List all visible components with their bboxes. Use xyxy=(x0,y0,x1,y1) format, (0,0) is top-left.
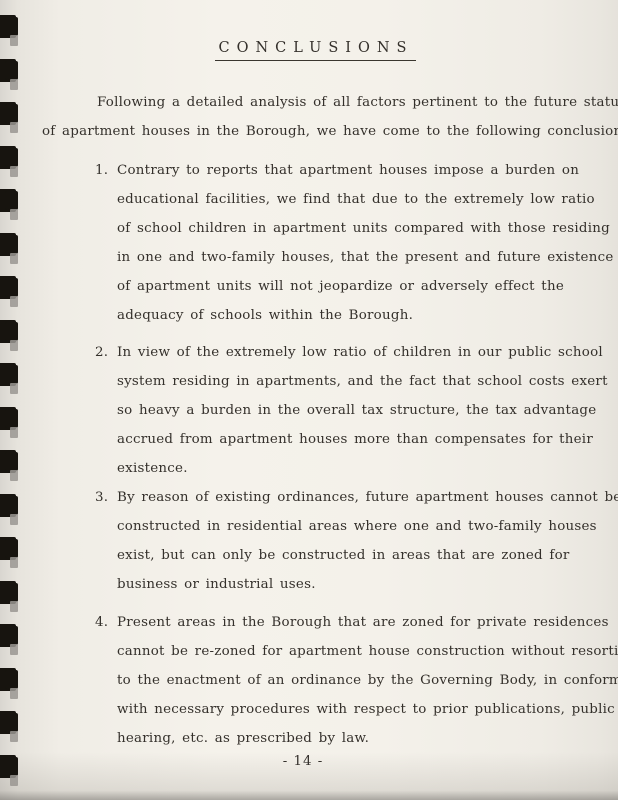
item-line: By reason of existing ordinances, future… xyxy=(117,483,578,512)
page-content: CONCLUSIONS Following a detailed analysi… xyxy=(0,0,618,800)
intro-line: Following a detailed analysis of all fac… xyxy=(42,88,578,117)
item-number: 2. xyxy=(95,338,108,367)
item-line: with necessary procedures with respect t… xyxy=(117,695,578,724)
item-line: constructed in residential areas where o… xyxy=(117,512,578,541)
item-line: accrued from apartment houses more than … xyxy=(117,425,578,454)
item-line: cannot be re-zoned for apartment house c… xyxy=(117,637,578,666)
item-line: so heavy a burden in the overall tax str… xyxy=(117,396,578,425)
conclusions-list: 1. Contrary to reports that apartment ho… xyxy=(42,156,578,753)
item-line: Contrary to reports that apartment house… xyxy=(117,156,578,185)
conclusion-item-4: 4. Present areas in the Borough that are… xyxy=(42,608,578,753)
item-line: of apartment units will not jeopardize o… xyxy=(117,272,578,301)
conclusion-item-3: 3. By reason of existing ordinances, fut… xyxy=(42,483,578,599)
item-line: hearing, etc. as prescribed by law. xyxy=(117,724,578,753)
conclusion-item-2: 2. In view of the extremely low ratio of… xyxy=(42,338,578,483)
intro-paragraph: Following a detailed analysis of all fac… xyxy=(42,88,578,146)
item-line: In view of the extremely low ratio of ch… xyxy=(117,338,578,367)
item-number: 4. xyxy=(95,608,108,637)
item-line: business or industrial uses. xyxy=(117,570,578,599)
item-line: Present areas in the Borough that are zo… xyxy=(117,608,578,637)
item-number: 1. xyxy=(95,156,108,185)
title-wrap: CONCLUSIONS xyxy=(52,37,578,61)
conclusion-item-1: 1. Contrary to reports that apartment ho… xyxy=(42,156,578,330)
item-line: to the enactment of an ordinance by the … xyxy=(117,666,578,695)
item-line: exist, but can only be constructed in ar… xyxy=(117,541,578,570)
intro-line: of apartment houses in the Borough, we h… xyxy=(42,117,578,146)
scanned-report-page: CONCLUSIONS Following a detailed analysi… xyxy=(0,0,618,800)
item-line: of school children in apartment units co… xyxy=(117,214,578,243)
item-line: existence. xyxy=(117,454,578,483)
item-line: educational facilities, we find that due… xyxy=(117,185,578,214)
page-number: - 14 - xyxy=(42,754,564,769)
item-line: adequacy of schools within the Borough. xyxy=(117,301,578,330)
item-line: in one and two-family houses, that the p… xyxy=(117,243,578,272)
item-number: 3. xyxy=(95,483,108,512)
page-title: CONCLUSIONS xyxy=(215,39,416,61)
item-line: system residing in apartments, and the f… xyxy=(117,367,578,396)
